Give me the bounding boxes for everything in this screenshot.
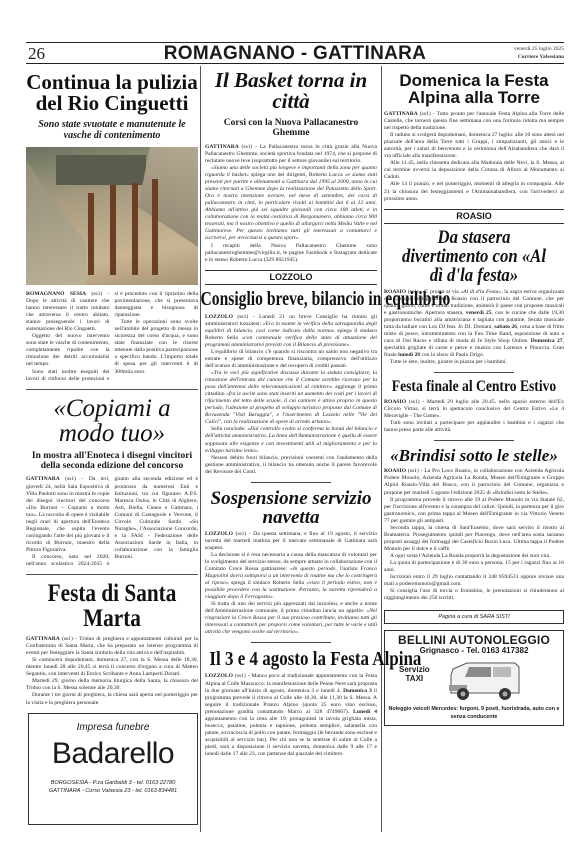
dateline: GATTINARA xyxy=(26,636,60,642)
article-body: GATTINARA (ss1) - Da ieri, giovedì 24, n… xyxy=(26,476,198,568)
divider xyxy=(434,440,514,441)
subheadline: Corsi con la Nuova Pallacanestro Ghemme xyxy=(205,118,377,139)
ad-bellini-autonoleggio[interactable]: BELLINI AUTONOLEGGIO Grignasco - Tel. 01… xyxy=(384,630,564,726)
article-basket: Il Basket torna in città Corsi con la Nu… xyxy=(205,70,377,264)
headline: Il 3 e 4 agosto la Festa Alpina xyxy=(209,649,372,669)
ad-tagline: Impresa funebre xyxy=(29,722,197,733)
divider xyxy=(434,372,514,373)
ad-impresa-funebre[interactable]: Impresa funebre Badarello BORGOSESIA - P… xyxy=(28,713,198,825)
locality-label-roasio: ROASIO xyxy=(384,209,564,224)
article-body: ROASIO (ss1) - E' pronta al via «Al dì d… xyxy=(384,289,564,367)
headline: Domenica la Festa Alpina alla Torre xyxy=(384,72,564,106)
locality-label-lozzolo: LOZZOLO xyxy=(205,270,377,285)
article-copiami: «Copiami a modo tuo» In mostra all'Enote… xyxy=(26,396,198,568)
headline: Festa di Santa Marta xyxy=(39,581,185,631)
article-body: GATTINARA (ss1) - Triduo di preghiera e … xyxy=(26,636,198,706)
article-rio-cinguetti: Continua la pulizia del Rio Cinguetti So… xyxy=(26,72,198,383)
divider xyxy=(26,574,198,575)
divider xyxy=(251,482,331,483)
article-al-di-dla-festa: Da stasera divertimento con «Al dì d'la … xyxy=(384,228,564,367)
headline: Da stasera divertimento con «Al dì d'la … xyxy=(395,228,553,285)
article-festa-alpina-torre: Domenica la Festa Alpina alla Torre GATT… xyxy=(384,72,564,203)
headline: «Copiami a modo tuo» xyxy=(26,396,198,446)
right-column: Domenica la Festa Alpina alla Torre GATT… xyxy=(384,66,564,726)
dateline: ROMAGNANO SESIA xyxy=(26,291,86,297)
article-body: LOZZOLO (ss1) - Lunedì 21 un breve Consi… xyxy=(205,314,377,476)
article-consiglio: Consiglio breve, bilancio in equilibrio … xyxy=(205,289,377,476)
article-body: LOZZOLO (ss1) - Manca poco al tradiziona… xyxy=(205,673,377,758)
article-body: GATTINARA (ss1) - La Pallacanestro torna… xyxy=(205,144,377,264)
article-body: LOZZOLO (ss1) - Da questa settimana, e f… xyxy=(205,531,377,637)
middle-column: Il Basket torna in città Corsi con la Nu… xyxy=(200,66,382,832)
divider xyxy=(251,642,331,643)
article-brindisi: «Brindisi sotto le stelle» ROASIO (ss1) … xyxy=(384,447,564,602)
article-body: ROMAGNANO SESIA (ss1) - Dopo le attività… xyxy=(26,291,198,383)
section-title: ROMAGNANO - GATTINARA xyxy=(26,43,564,64)
headline: Il Basket torna in città xyxy=(205,70,377,112)
page-credit: Pagina a cura di SARA SISTI xyxy=(384,610,564,624)
publication-name: Corriere Valsesiano xyxy=(514,53,564,61)
ad-brand: BELLINI AUTONOLEGGIO xyxy=(385,633,563,647)
headline: Sospensione servizio navetta xyxy=(205,489,377,527)
dateline: GATTINARA xyxy=(26,476,60,482)
article-body: ROASIO (ss1) - Martedì 29 luglio alle 20… xyxy=(384,399,564,434)
article-body: ROASIO (ss1) - La Pro Loco Roasio, in co… xyxy=(384,468,564,602)
headline: «Brindisi sotto le stelle» xyxy=(384,447,564,464)
divider xyxy=(26,389,198,390)
headline: Consiglio breve, bilancio in equilibrio xyxy=(201,289,382,309)
subheadline: Sono state svuotate e manutenute le vasc… xyxy=(26,119,198,141)
article-festa-alpina-lozzolo: Il 3 e 4 agosto la Festa Alpina LOZZOLO … xyxy=(205,649,377,758)
article-photo xyxy=(26,147,198,285)
ad-phone: Grignasco - Tel. 0163 417382 xyxy=(385,646,563,655)
ad-service: Servizio TAXI xyxy=(399,665,430,683)
subheadline: In mostra all'Enoteca i disegni vincitor… xyxy=(26,451,198,472)
headline: Festa finale al Centro Estivo xyxy=(389,379,559,395)
issue-dateline: venerdì 25 luglio 2025 Corriere Valsesia… xyxy=(514,45,564,61)
page-masthead: 26 ROMAGNANO - GATTINARA venerdì 25 lugl… xyxy=(26,42,564,64)
van-icon xyxy=(445,659,529,703)
article-navetta: Sospensione servizio navetta LOZZOLO (ss… xyxy=(205,489,377,637)
ad-addresses: BORGOSESIA - P.za Garibaldi 3 - tel. 016… xyxy=(29,779,197,795)
headline: Continua la pulizia del Rio Cinguetti xyxy=(26,72,198,114)
ad-footer: Noleggio veicoli Mercedes: furgoni, 9 po… xyxy=(385,706,563,721)
ad-brand: Badarello xyxy=(29,737,197,771)
article-santa-marta: Festa di Santa Marta GATTINARA (ss1) - T… xyxy=(26,581,198,706)
article-body: GATTINARA (ss1) - Tutto pronto per l'ann… xyxy=(384,111,564,203)
left-column: Continua la pulizia del Rio Cinguetti So… xyxy=(26,66,198,825)
issue-date: venerdì 25 luglio 2025 xyxy=(514,45,564,53)
article-centro-estivo: Festa finale al Centro Estivo ROASIO (ss… xyxy=(384,379,564,434)
